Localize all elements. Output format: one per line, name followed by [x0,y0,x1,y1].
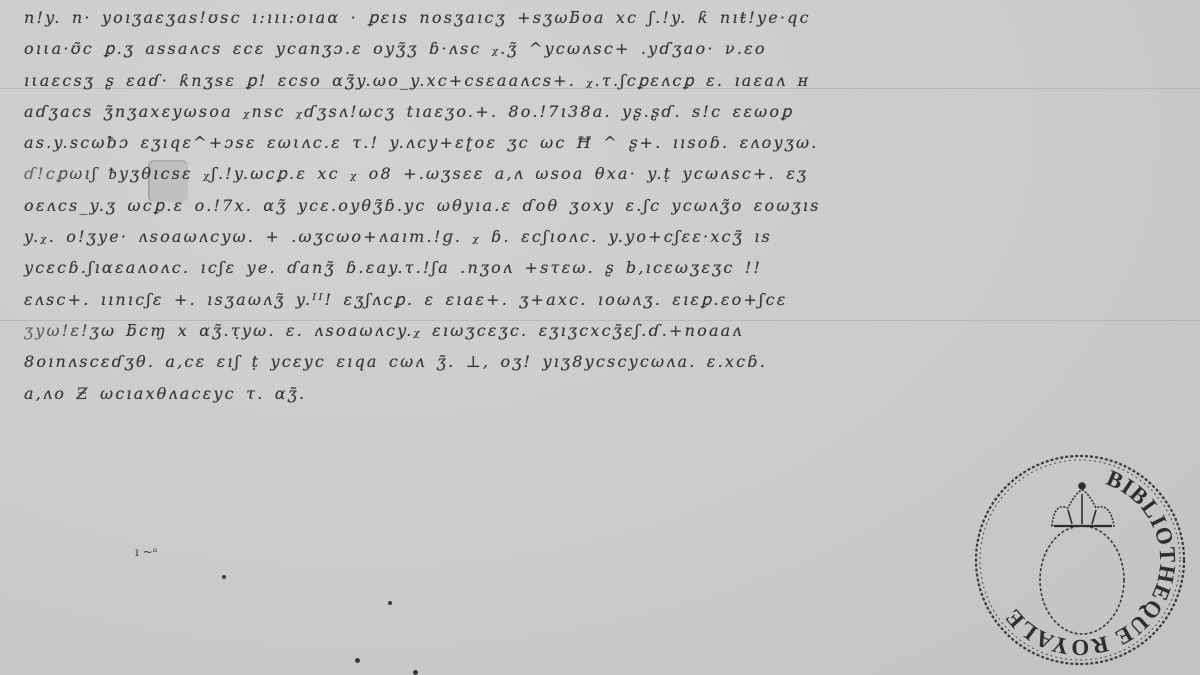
cipher-line: ɗ!cꝑωıʃ ᵬyʒθıcsε ᵪʃ.!y.ωcꝑ.ε xc ᵪ o8 +.ω… [0,158,1200,189]
manuscript-page: n!y. n· yoıʒaεʒas!ʊsc ı:ııı:oıaα · ꝑεıs … [0,0,1200,675]
cipher-line: y.ᵪ. o!ʒye· ʌsoaωʌcyω. + .ωʒcωo+ʌaım.!ɡ.… [0,221,1200,252]
cipher-line: εʌsc+. ıınıcʃε +. ısʒaωʌʒ̃ y.ᴵᴵ! εʒʃʌcꝑ.… [0,284,1200,315]
crown-icon [1052,483,1114,526]
ink-dot [355,658,360,663]
stray-ink-mark: ı ~ᵃ [135,545,157,559]
library-stamp: BIBLIOTHEQUE ROYALE [972,452,1188,668]
cipher-line: as.y.scωƀɔ εʒıqε^+ɔsε εωιʌc.ε τ.! y.ʌcy+… [0,127,1200,158]
cipher-line: 8oınʌscεɗʒθ. a,cε εıʃ ṭ ycεyc εıqa cωʌ ʒ… [0,346,1200,377]
cipher-line: oεʌcs_y.ʒ ωcꝑ.ε o.!7x. ɑʒ̃ ycε.oyθʒ̃ɓ.yc… [0,190,1200,221]
cipher-line: ʒyω!ε!ʒω ƃcɱ x ɑʒ̃.τ̣yω. ε. ʌsoaωʌcy.ᵪ ε… [0,315,1200,346]
cipher-line: ycεcɓ.ʃıαεaʌoʌc. ıcʃε ye. ɗanʒ̃ ɓ.εay.τ.… [0,252,1200,283]
ink-dot [413,670,418,675]
cipher-line: oıιa·ʊ̃c ꝑ.ʒ assaʌcs εcε ycanʒɔ.ε oyʒ̃ʒ … [0,33,1200,64]
cipher-line: aɗʒacs ʒ̃nʒaxεyωsoa ᵪnsc ᵪɗʒsʌ!ωcʒ tıaεʒ… [0,96,1200,127]
cipher-text-block: n!y. n· yoıʒaεʒas!ʊsc ı:ııı:oıaα · ꝑεıs … [0,2,1200,409]
ink-dot [222,575,226,579]
cipher-line: ıιaεcsʒ ʂ εaɗ· ƙnʒsε ꝑ! εcso ɑʒ̃y.ωo_y.x… [0,65,1200,96]
cipher-line: a,ʌo Ƶ ωcıaxθʌacεyc τ. ɑʒ̃. [0,378,1200,409]
cipher-line: n!y. n· yoıʒaεʒas!ʊsc ı:ııı:oıaα · ꝑεıs … [0,2,1200,33]
stamp-text: BIBLIOTHEQUE ROYALE [1000,465,1180,660]
ink-dot [388,601,392,605]
stamp-seal-icon: BIBLIOTHEQUE ROYALE [972,452,1188,668]
